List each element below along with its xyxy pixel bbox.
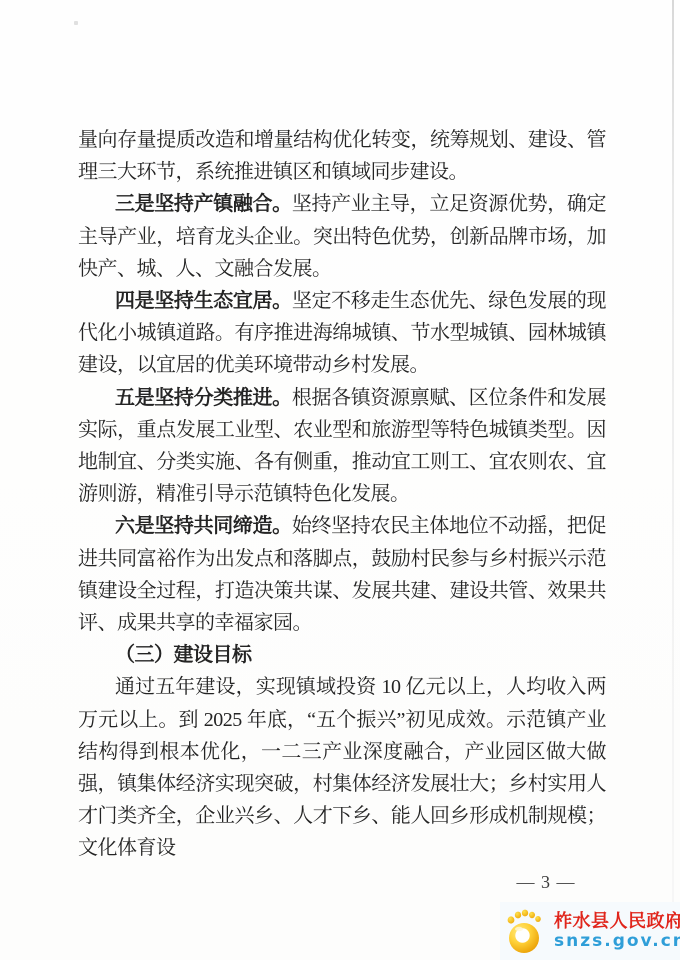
paragraph: 三是坚持产镇融合。坚持产业主导，立足资源优势，确定主导产业，培育龙头企业。突出特… [78,188,606,285]
paragraph-text: 通过五年建设，实现镇域投资 10 亿元以上，人均收入两万元以上。到 2025 年… [78,676,606,859]
watermark-text: 柞水县人民政府 snzs.gov.cn [554,911,680,951]
section-heading-text: （三）建设目标 [115,644,252,666]
government-site-url: snzs.gov.cn [554,931,680,951]
document-body: 量向存量提质改造和增量结构优化转变，统筹规划、建设、管理三大环节，系统推进镇区和… [78,124,606,865]
page-number: — 3 — [498,872,594,893]
paragraph: 四是坚持生态宜居。坚定不移走生态优先、绿色发展的现代化小城镇道路。有序推进海绵城… [78,285,606,382]
paragraph: 量向存量提质改造和增量结构优化转变，统筹规划、建设、管理三大环节，系统推进镇区和… [78,124,606,188]
government-watermark: 柞水县人民政府 snzs.gov.cn [500,902,680,960]
section-heading: （三）建设目标 [78,639,606,671]
paragraph: 通过五年建设，实现镇域投资 10 亿元以上，人均收入两万元以上。到 2025 年… [78,671,606,864]
paragraph-lead: 五是坚持分类推进。 [115,387,292,409]
scanner-edge-artifact [672,0,674,960]
paragraph-lead: 四是坚持生态宜居。 [115,290,292,312]
paragraph-text: 量向存量提质改造和增量结构优化转变，统筹规划、建设、管理三大环节，系统推进镇区和… [78,129,606,183]
scan-speck [74,21,78,25]
government-name: 柞水县人民政府 [554,911,680,931]
paragraph-lead: 三是坚持产镇融合。 [115,193,292,215]
scanned-document-page: 量向存量提质改造和增量结构优化转变，统筹规划、建设、管理三大环节，系统推进镇区和… [0,0,680,960]
foot-logo-icon [505,907,547,955]
paragraph: 六是坚持共同缔造。始终坚持农民主体地位不动摇，把促进共同富裕作为出发点和落脚点，… [78,510,606,639]
paragraph: 五是坚持分类推进。根据各镇资源禀赋、区位条件和发展实际，重点发展工业型、农业型和… [78,382,606,511]
paragraph-lead: 六是坚持共同缔造。 [115,515,292,537]
